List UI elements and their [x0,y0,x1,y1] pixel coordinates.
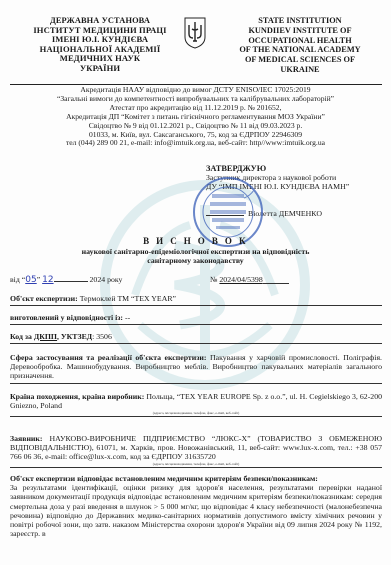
divider [10,343,382,344]
institution-name-en: STATE INSTITUTION KUNDIIEV INSTITUTE OF … [220,16,380,75]
date-day: 05 [25,275,36,285]
trident-coat-of-arms-icon [183,17,207,49]
field-made-per: виготовлений у відповідності із: -- [10,313,382,322]
document-number: № 2024/04/5398 [210,275,289,284]
field-applicant: Заявник: НАУКОВО-ВИРОБНИЧЕ ПІДПРИЄМСТВО … [10,434,382,462]
divider [10,324,382,325]
letterhead: ДЕРЖАВНА УСТАНОВА ІНСТИТУТ МЕДИЦИНИ ПРАЦ… [0,14,391,94]
divider [10,416,382,417]
field-code: Код за ДКПП, УКТЗЕД: 3506 [10,332,382,341]
field-conformity: Об'єкт експертизи відповідає встановлени… [10,474,382,538]
document-page: ДЕРЖАВНА УСТАНОВА ІНСТИТУТ МЕДИЦИНИ ПРАЦ… [0,0,391,565]
divider [10,383,382,384]
date-month: 12 [42,275,53,285]
institution-name-ua: ДЕРЖАВНА УСТАНОВА ІНСТИТУТ МЕДИЦИНИ ПРАЦ… [20,16,180,74]
field-object: Об'єкт експертизи: Термоклей ТМ “TEX YEA… [10,294,382,303]
divider [10,467,382,468]
applicant-caption: (адреса, місцезнаходження, телефон, факс… [10,462,382,466]
accreditation-block: Акредитація НААУ відповідно до вимог ДСТ… [0,86,391,148]
document-title: В И С Н О В О К [0,236,391,246]
divider [10,305,382,306]
field-scope: Сфера застосування та реалізації об'єкта… [10,353,382,381]
date-number-line: від “05” 12 2024 року № 2024/04/5398 [10,275,380,285]
origin-caption: (адреса, місцезнаходження, телефон, факс… [10,411,382,415]
field-origin: Країна походження, країна виробник: Поль… [10,392,382,410]
approval-title: ЗАТВЕРДЖУЮ [206,164,386,173]
document-subtitle: наукової санітарно-епідеміологічної експ… [0,247,391,265]
